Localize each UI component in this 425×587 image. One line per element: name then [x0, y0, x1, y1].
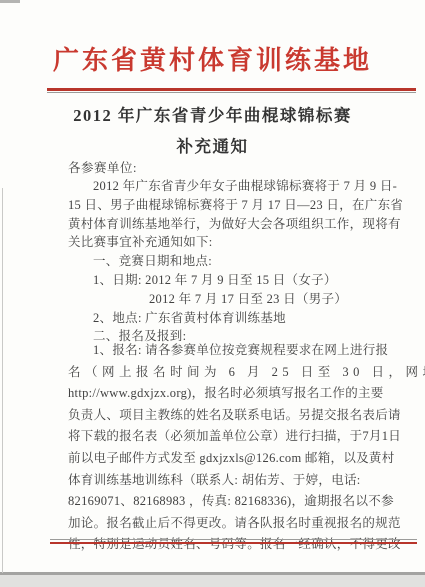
body-line: 前以电子邮件方式发至 gdxjzxls@126.com 邮箱，以及黄村	[68, 448, 368, 470]
document-page: 广东省黄村体育训练基地 2012 年广东省青少年曲棍球锦标赛 补充通知 各参赛单…	[0, 0, 425, 575]
body-line: 一、竞赛日期和地点:	[68, 252, 368, 271]
body-line: 将下载的报名表（必须加盖单位公章）进行扫描，于7月1日	[68, 426, 368, 448]
body-line: 2012 年 7 月 17 日至 23 日（男子）	[68, 290, 368, 309]
letterhead-rule-red	[47, 88, 416, 91]
letterhead-org-name: 广东省黄村体育训练基地	[0, 40, 425, 77]
document-title-line1: 2012 年广东省青少年曲棍球锦标赛	[0, 100, 425, 131]
body-line: 15 日、男子曲棍球锦标赛将于 7 月 17 日—23 日，在广东省	[68, 196, 368, 215]
body-line: 1、日期: 2012 年 7 月 9 日至 15 日（女子）	[68, 271, 368, 290]
intro-paragraph: 2012 年广东省青少年女子曲棍球锦标赛将于 7 月 9 日- 15 日、男子曲…	[68, 177, 368, 346]
footer-rule-red	[50, 542, 417, 545]
body-line: 82169071、82168983 ，传真: 82168336)，逾期报名以不参	[68, 491, 368, 513]
body-line: 负责人、项目主教练的姓名及联系电话。另提交报名表后请	[68, 405, 368, 427]
body-line: 加论。报名截止后不得更改。请各队报名时重视报名的规范	[68, 513, 368, 535]
footer-rule	[50, 539, 417, 544]
document-title-line2: 补充通知	[0, 131, 425, 162]
body-line: 名（网上报名时间为 6 月 25 日至 30 日，网址:	[68, 362, 368, 384]
body-line: 性，特别是运动员姓名、号码等。报名一经确认，不得更改	[68, 534, 368, 556]
registration-paragraph: 1、报名: 请各参赛单位按竞赛规程要求在网上进行报 名（网上报名时间为 6 月 …	[68, 340, 368, 556]
body-line: 2、地点: 广东省黄村体育训练基地	[68, 309, 368, 328]
body-line: 1、报名: 请各参赛单位按竞赛规程要求在网上进行报	[68, 340, 368, 362]
scan-artifact-left-edge	[2, 188, 3, 573]
body-line: 体育训练基地训练科（联系人: 胡佑芳、于婷，电话:	[68, 470, 368, 492]
salutation: 各参赛单位:	[68, 158, 137, 176]
footer-rule-gray	[50, 539, 417, 540]
body-line: 关比赛事宜补充通知如下:	[68, 233, 368, 252]
document-title: 2012 年广东省青少年曲棍球锦标赛 补充通知	[0, 100, 425, 162]
body-line: 2012 年广东省青少年女子曲棍球锦标赛将于 7 月 9 日-	[68, 177, 368, 196]
scan-artifact-top-left	[0, 0, 20, 3]
letterhead-rule	[47, 88, 416, 93]
body-line: http://www.gdxjzx.org)，报名时必须填写报名工作的主要	[68, 383, 368, 405]
body-line: 黄村体育训练基地举行，为做好大会各项组织工作，现将有	[68, 215, 368, 234]
letterhead-rule-gray	[47, 92, 416, 93]
